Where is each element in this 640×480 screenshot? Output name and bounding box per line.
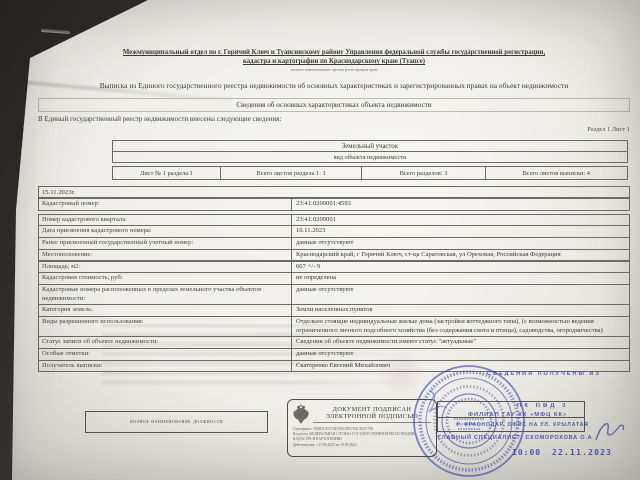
stamp-line-address: Г. КРАСНОДАР, ОФИС НА УЛ. КРЫЛАТАЯ: [457, 422, 589, 428]
photo-of-document: Межмуниципальный отдел по г. Горячий Клю…: [0, 0, 640, 480]
document-title: Выписка из Единого государственного реес…: [38, 81, 630, 90]
table-row: Кадастровая стоимость, руб: не определен…: [38, 272, 630, 285]
sheet-info-cell: Всего листов раздела 1: 1: [221, 167, 362, 179]
intro-text: В Единый государственный реестр недвижим…: [38, 115, 630, 123]
sheet-info-cell: Всего листов выписки: 4: [486, 167, 627, 179]
sheet-info-cell: Лист № 1 раздела 1: [113, 167, 221, 179]
table-row: Номер кадастрового квартала: 23:41:02090…: [38, 214, 630, 227]
stamp-line-branch: ФИЛИАЛ ГАУ КК «МФЦ КК»: [468, 412, 567, 418]
attributes-table: Кадастровый номер: 23:41:0209001:4593 Но…: [38, 198, 630, 372]
table-row: Статус записи об объекте недвижимости: С…: [38, 336, 630, 349]
table-row: Особые отметки: данные отсутствуют: [38, 348, 630, 361]
stamp-line-system: ПК ПВД 3: [517, 403, 569, 409]
object-type-caption: вид объекта недвижимости: [112, 151, 628, 163]
handwritten-signature: [592, 418, 634, 444]
staple: [41, 29, 70, 33]
stamp-line-specialist: ГЛАВНЫЙ СПЕЦИАЛИСТ: СКОМОРОХОВА О.А: [438, 435, 592, 441]
section-sheet-label: Раздел 1 Лист 1: [38, 126, 630, 133]
position-title-box: полное наименование должности: [85, 411, 268, 433]
extract-date-row: 15.11.2023г.: [38, 186, 630, 198]
table-row: Виды разрешенного использования: Отдельн…: [38, 316, 630, 337]
table-row: Ранее присвоенный государственный учетны…: [38, 237, 630, 250]
table-row: Дата присвоения кадастрового номера: 10.…: [38, 225, 630, 238]
document-content: Межмуниципальный отдел по г. Горячий Клю…: [38, 40, 630, 372]
authority-name: Межмуниципальный отдел по г. Горячий Клю…: [116, 48, 552, 66]
stamp-line-source: СВЕДЕНИЯ ПОЛУЧЕНЫ ИЗ: [487, 371, 601, 377]
table-row: Категория земель: Земли населенных пункт…: [38, 304, 630, 317]
state-emblem-icon: [293, 403, 309, 425]
handwritten-mark: [424, 388, 450, 420]
document-subtitle: Сведения об основных характеристиках объ…: [38, 98, 630, 112]
sheet-info-cell: Всего разделов: 3: [362, 167, 485, 179]
stamp-time: 10:00: [512, 448, 541, 457]
table-row: Площадь, м2: 667 +/- 9: [38, 261, 630, 274]
table-row: Местоположение: Краснодарский край, г Го…: [38, 249, 630, 262]
table-row: Кадастровый номер: 23:41:0209001:4593: [38, 198, 630, 211]
object-type-table: Земельный участок вид объекта недвижимос…: [112, 140, 628, 180]
table-row: Кадастровые номера расположенных в преде…: [38, 284, 630, 305]
authority-caption: полное наименование органа регистрации п…: [38, 67, 630, 72]
sheet-info-row: Лист № 1 раздела 1 Всего листов раздела …: [112, 166, 628, 180]
stamp-date: 22.11.2023: [552, 448, 612, 457]
